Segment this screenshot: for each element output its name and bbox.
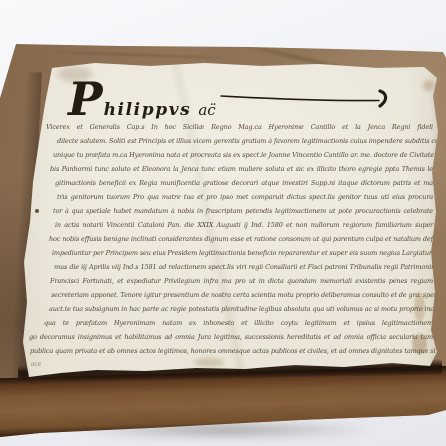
title-flourish [219, 87, 401, 111]
paper-stain [194, 358, 224, 367]
manuscript-line: gitimactionis beneficii ex Regia munific… [55, 179, 433, 190]
manuscript-line: tris genitorum tuorum Pro qua matre tua … [57, 193, 433, 204]
paper-stain [423, 80, 434, 91]
title-abbreviation: ac̈ [198, 101, 215, 119]
title-text: hilippvs [104, 100, 192, 120]
manuscript-line: mus die iij Aprilis viij Ind.s 1581 ad r… [54, 263, 433, 274]
manuscript-line: secreteriam apponet. Tenore igitur prese… [51, 291, 433, 302]
manuscript-line: in actis notarii Vincentii Cataloni Pan.… [55, 221, 433, 232]
manuscript-line: bis Panhormi tunc soluto et Eleonora la … [50, 165, 433, 176]
photo-backdrop: Philippvs ac̈ Vicerex et Generalis Cap.s… [0, 0, 446, 446]
manuscript-line: unique tu præfata m.ca Hyeronima nata et… [53, 151, 433, 162]
title-initial-letter: P [68, 76, 103, 122]
manuscript-line: Francisci Fortunati, et expediatur Privi… [50, 277, 433, 288]
manuscript-line: Vicerex et Generalis Cap.s In hoc Sicili… [46, 123, 433, 134]
manuscript-line: tor à qua spetiale habet mandatum à nobi… [53, 207, 433, 218]
manuscript-line: publica quam privata et ab omnes actos l… [30, 347, 433, 358]
manuscript-line: dilecte salutem. Soliti est Principis et… [57, 137, 433, 148]
document-title: Philippvs ac̈ [68, 76, 401, 130]
manuscript-line: go decoramus insignimus et habilitamus a… [29, 333, 433, 344]
manuscript-partial-line: ace [31, 361, 73, 372]
manuscript-line: auct.te tua subsignum in hac parte ac re… [49, 305, 433, 316]
ink-spot [35, 209, 39, 213]
manuscript-line: qua te præfatam Hyeronimam natam ex inho… [44, 319, 433, 330]
manuscript-line: impediuntur per Principem seu eius Presi… [52, 249, 433, 260]
manuscript-line: hoc nobis effusis benigne inclinati cons… [49, 235, 433, 246]
leather-crease [55, 51, 225, 59]
